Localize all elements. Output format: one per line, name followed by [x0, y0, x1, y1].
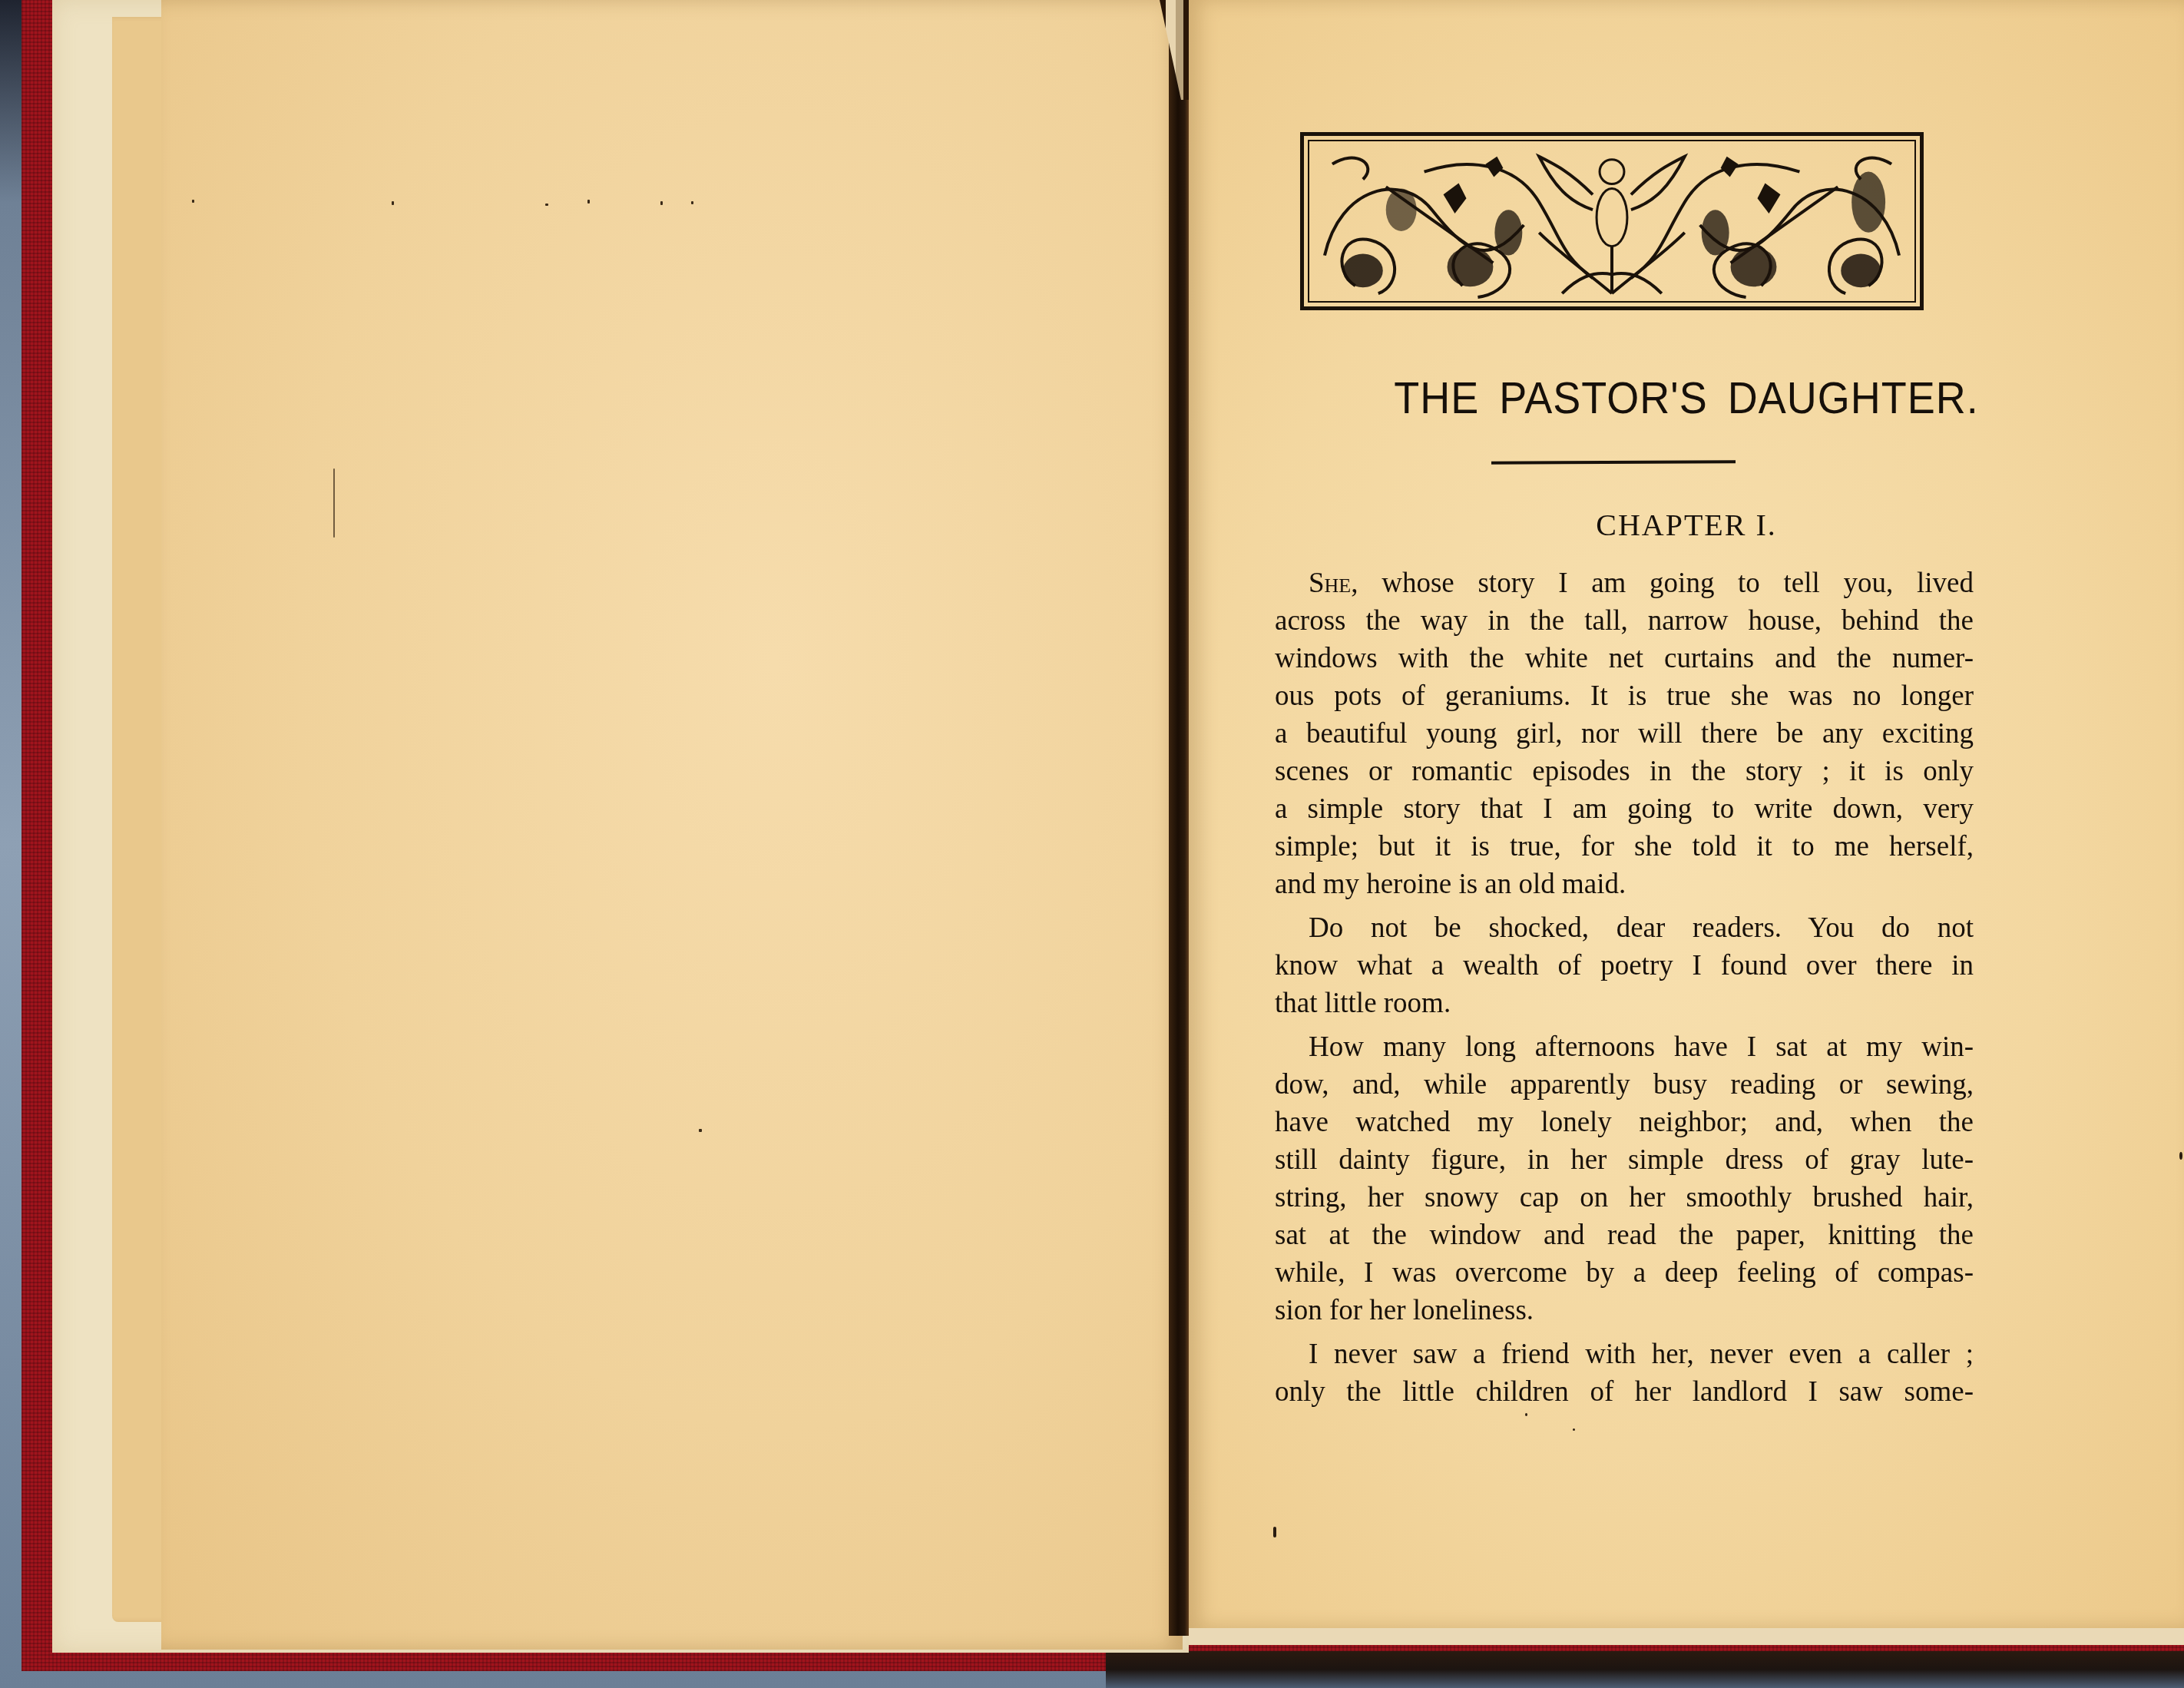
chapter-body-text: She, whose story I am going to tell you,… — [1275, 564, 1974, 1411]
text-line: sion for her loneliness. — [1275, 1292, 1974, 1329]
text-line: and my heroine is an old maid. — [1275, 866, 1974, 903]
left-page-blank — [161, 0, 1183, 1650]
text-line: across the way in the tall, narrow house… — [1275, 602, 1974, 640]
text-line: simple; but it is true, for she told it … — [1275, 828, 1974, 866]
text-line: sat at the window and read the paper, kn… — [1275, 1216, 1974, 1254]
drop-smallcaps-word: She, — [1309, 568, 1358, 599]
text-line: She, whose story I am going to tell you,… — [1275, 564, 1974, 602]
headpiece-ornament — [1300, 132, 1924, 310]
paper-fleck — [392, 201, 394, 205]
paper-fleck — [699, 1129, 702, 1132]
paper-fleck — [2179, 1152, 2182, 1160]
text-line: that little room. — [1275, 985, 1974, 1022]
text-line: a beautiful young girl, nor will there b… — [1275, 715, 1974, 753]
paper-mark — [1273, 1527, 1276, 1537]
book-title: THE PASTOR'S DAUGHTER. — [1189, 373, 2184, 423]
paper-fleck — [691, 201, 693, 204]
text-line: have watched my lonely neighbor; and, wh… — [1275, 1104, 1974, 1141]
text-line: windows with the white net curtains and … — [1275, 640, 1974, 677]
paper-fleck — [587, 200, 590, 204]
paper-fleck — [660, 201, 663, 205]
text-line: I never saw a friend with her, never eve… — [1275, 1336, 1974, 1373]
text-line: ous pots of geraniums. It is true she wa… — [1275, 677, 1974, 715]
cherub-foliage-ornament-icon — [1309, 141, 1914, 301]
text-line: dow, and, while apparently busy reading … — [1275, 1066, 1974, 1104]
text-line: only the little children of her landlord… — [1275, 1373, 1974, 1411]
paper-fleck — [545, 204, 548, 206]
text-line-content: whose story I am going to tell you, live… — [1358, 568, 1974, 599]
text-line: How many long afternoons have I sat at m… — [1275, 1028, 1974, 1066]
text-line: know what a wealth of poetry I found ove… — [1275, 947, 1974, 985]
text-line: still dainty figure, in her simple dress… — [1275, 1141, 1974, 1179]
text-line: a simple story that I am going to write … — [1275, 790, 1974, 828]
cover-bottom-edge — [1106, 1651, 2184, 1688]
text-line: string, her snowy cap on her smoothly br… — [1275, 1179, 1974, 1216]
text-line: Do not be shocked, dear readers. You do … — [1275, 909, 1974, 947]
paper-fleck — [1573, 1428, 1575, 1431]
text-line: while, I was overcome by a deep feeling … — [1275, 1254, 1974, 1292]
text-line: scenes or romantic episodes in the story… — [1275, 753, 1974, 790]
paper-mark — [333, 468, 335, 538]
paper-fleck — [192, 200, 194, 203]
paper-fleck — [1525, 1413, 1527, 1416]
chapter-heading: CHAPTER I. — [1189, 507, 2184, 543]
